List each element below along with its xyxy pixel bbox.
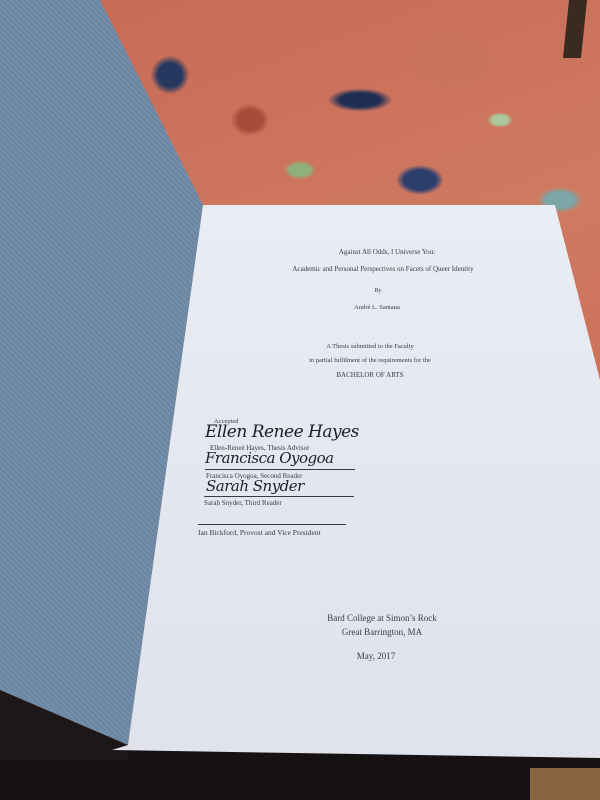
submission-line-1: A Thesis submitted to the Faculty <box>326 343 413 350</box>
submission-line-2: in partial fulfilment of the requirement… <box>309 357 431 364</box>
by-label: By <box>374 288 381 294</box>
photo-scene: Against All Odds, I Universe You: Academ… <box>0 0 600 800</box>
provost-printed-name: Ian Bickford, Provost and Vice President <box>198 528 321 537</box>
signature-line-2 <box>205 469 355 470</box>
signature-second-reader: Francisca Oyogoa <box>205 449 334 467</box>
location: Great Barrington, MA <box>342 627 422 637</box>
third-reader-printed-name: Sarah Snyder, Third Reader <box>204 499 282 507</box>
author-name: André L. Santana <box>354 304 400 311</box>
institution: Bard College at Simon’s Rock <box>327 613 437 623</box>
thesis-title-line-2: Academic and Personal Perspectives on Fa… <box>292 265 473 273</box>
signature-line-3 <box>204 496 354 497</box>
date: May, 2017 <box>357 651 395 661</box>
signature-advisor: Ellen Renee Hayes <box>205 422 359 442</box>
wood-floor <box>530 768 600 800</box>
thesis-title-line-1: Against All Odds, I Universe You: <box>339 248 435 256</box>
signature-third-reader: Sarah Snyder <box>206 477 304 495</box>
signature-line-4 <box>198 524 346 525</box>
degree: BACHELOR OF ARTS <box>336 371 403 379</box>
